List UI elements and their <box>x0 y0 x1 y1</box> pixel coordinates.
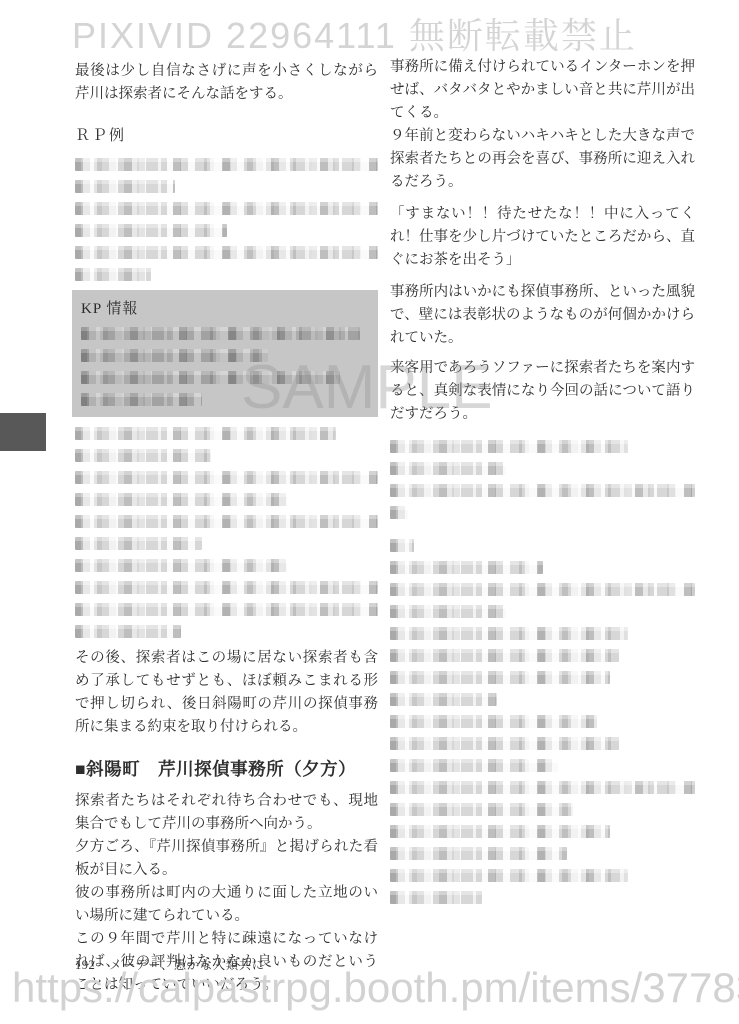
redacted-text-line <box>390 759 558 772</box>
redacted-text-line <box>75 471 378 484</box>
redacted-block-a <box>390 440 695 519</box>
sofa-paragraph: 来客用であろうソファーに探索者たちを案内すると、真剣な表情になり今回の話について… <box>390 357 695 426</box>
redacted-text-line <box>390 605 506 618</box>
redacted-text-line <box>390 440 628 453</box>
redacted-block-b <box>390 539 695 706</box>
redacted-text-line <box>75 515 378 528</box>
redacted-text-line <box>390 693 497 706</box>
after-paragraph: その後、探索者はこの場に居ない探索者も含め了承してもせずとも、ほぼ頼みこまれる形… <box>75 647 378 739</box>
kp-info-heading: KP 情報 <box>81 297 369 318</box>
redacted-text-line <box>390 462 506 475</box>
redacted-text-line <box>390 649 619 662</box>
right-column: 事務所に備え付けられているインターホンを押せば、バタバタとやかましい音と共に芹川… <box>390 56 695 913</box>
office-paragraph: 彼の事務所は町内の大通りに面した立地のいい場所に建てられている。 <box>75 882 378 928</box>
redacted-text-line <box>390 583 695 596</box>
redacted-kp-info-block <box>81 327 369 406</box>
redacted-text-line <box>75 603 378 616</box>
redacted-text-line <box>390 506 408 519</box>
redacted-text-line <box>81 349 268 362</box>
redacted-text-line <box>75 449 211 462</box>
rp-example-heading: ＲＰ例 <box>75 124 378 145</box>
redacted-block-c <box>390 715 695 904</box>
chapter-tab-marker <box>0 413 46 451</box>
office-interior-paragraph: 事務所内はいかにも探偵事務所、といった風貌で、壁には表彰状のようなものが何個かか… <box>390 281 695 350</box>
redacted-text-line <box>75 180 175 193</box>
book-page: PIXIVID 22964111 無断転載禁止 最後は少し自信なさげに声を小さく… <box>0 0 739 1024</box>
redacted-text-line <box>390 847 567 860</box>
intro-paragraph: 最後は少し自信なさげに声を小さくしながら芹川は探索者にそんな話をする。 <box>75 60 378 106</box>
redacted-text-line <box>75 202 378 215</box>
redacted-body-block <box>75 427 378 638</box>
office-paragraph: 探索者たちはそれぞれ待ち合わせでも、現地集合でもして芹川の事務所へ向かう。 <box>75 790 378 836</box>
quote-paragraph: 「すまない！！待たせたな！！中に入ってくれ！仕事を少し片づけていたところだから、… <box>390 203 695 272</box>
redacted-text-line <box>75 246 378 259</box>
redacted-text-line <box>81 371 340 384</box>
redacted-text-line <box>390 891 482 904</box>
redacted-text-line <box>75 559 287 572</box>
redacted-text-line <box>390 539 414 552</box>
pixiv-id-watermark: PIXIVID 22964111 無断転載禁止 <box>72 8 637 59</box>
redacted-text-line <box>75 625 181 638</box>
redacted-text-line <box>75 581 378 594</box>
redacted-text-line <box>390 803 573 816</box>
redacted-text-line <box>390 825 610 838</box>
redacted-text-line <box>390 561 543 574</box>
redacted-text-line <box>390 781 695 794</box>
interphone-paragraph: 事務所に備え付けられているインターホンを押せば、バタバタとやかましい音と共に芹川… <box>390 56 695 125</box>
redacted-text-line <box>390 715 597 728</box>
redacted-text-line <box>390 869 628 882</box>
booth-url-watermark: https://calpastrpg.booth.pm/items/377834… <box>12 964 739 1012</box>
redacted-text-line <box>390 737 619 750</box>
kp-info-box: KP 情報 <box>72 290 378 417</box>
redacted-rp-example-block <box>75 158 378 281</box>
section-heading: ■斜陽町 芹川探偵事務所（夕方） <box>75 756 378 781</box>
redacted-text-line <box>75 537 202 550</box>
greeting-paragraph: ９年前と変わらないハキハキとした大きな声で探索者たちとの再会を喜び、事務所に迎え… <box>390 125 695 194</box>
redacted-text-line <box>81 393 202 406</box>
redacted-text-line <box>81 327 360 340</box>
redacted-text-line <box>75 158 378 171</box>
redacted-text-line <box>390 627 628 640</box>
redacted-text-line <box>75 268 151 281</box>
redacted-text-line <box>75 493 287 506</box>
redacted-text-line <box>75 427 336 440</box>
redacted-text-line <box>390 484 695 497</box>
left-column: 最後は少し自信なさげに声を小さくしながら芹川は探索者にそんな話をする。 ＲＰ例 … <box>75 60 378 997</box>
office-paragraph: 夕方ごろ、『芹川探偵事務所』と掲げられた看板が目に入る。 <box>75 836 378 882</box>
redacted-text-line <box>390 671 610 684</box>
redacted-text-line <box>75 224 227 237</box>
